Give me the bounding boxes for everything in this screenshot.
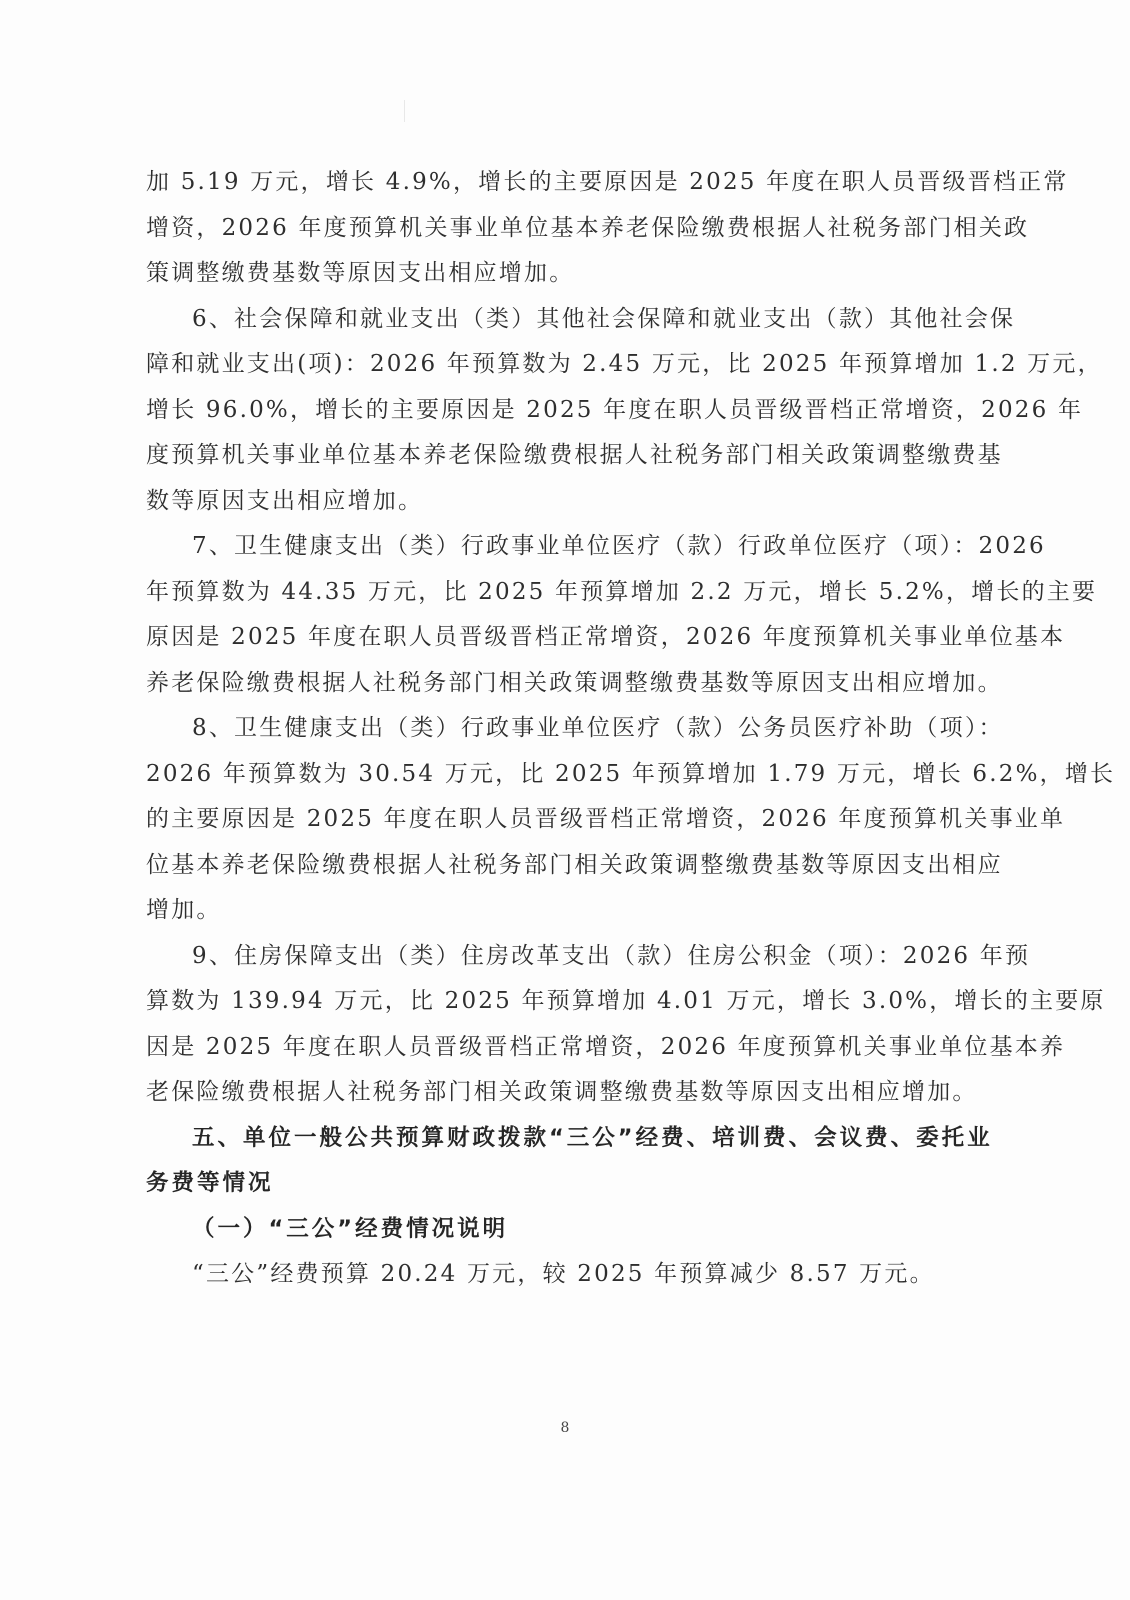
text-line: 算数为 139.94 万元，比 2025 年预算增加 4.01 万元，增长 3.…	[146, 979, 976, 1025]
text-line: 年预算数为 44.35 万元，比 2025 年预算增加 2.2 万元，增长 5.…	[146, 570, 976, 616]
sub-heading-three-public-expenses: （一）“三公”经费情况说明	[146, 1207, 976, 1253]
text-line: 7、卫生健康支出（类）行政事业单位医疗（款）行政单位医疗（项）：2026	[146, 524, 976, 570]
heading-line: 五、单位一般公共预算财政拨款“三公”经费、培训费、会议费、委托业	[146, 1116, 976, 1162]
heading-line: 务费等情况	[146, 1161, 976, 1207]
text-line: 2026 年预算数为 30.54 万元，比 2025 年预算增加 1.79 万元…	[146, 752, 976, 798]
document-body: 加 5.19 万元，增长 4.9%，增长的主要原因是 2025 年度在职人员晋级…	[146, 160, 976, 1298]
paragraph-three-public-summary: “三公”经费预算 20.24 万元，较 2025 年预算减少 8.57 万元。	[146, 1252, 976, 1298]
text-line: 加 5.19 万元，增长 4.9%，增长的主要原因是 2025 年度在职人员晋级…	[146, 160, 976, 206]
text-line: 9、住房保障支出（类）住房改革支出（款）住房公积金（项）：2026 年预	[146, 934, 976, 980]
paragraph-item-8: 8、卫生健康支出（类）行政事业单位医疗（款）公务员医疗补助（项）： 2026 年…	[146, 706, 976, 934]
paragraph-item-6: 6、社会保障和就业支出（类）其他社会保障和就业支出（款）其他社会保 障和就业支出…	[146, 297, 976, 525]
paragraph-item-5-continuation: 加 5.19 万元，增长 4.9%，增长的主要原因是 2025 年度在职人员晋级…	[146, 160, 976, 297]
scan-artifact-line	[404, 100, 405, 122]
text-line: 增长 96.0%，增长的主要原因是 2025 年度在职人员晋级晋档正常增资，20…	[146, 388, 976, 434]
text-line: 增资，2026 年度预算机关事业单位基本养老保险缴费根据人社税务部门相关政	[146, 206, 976, 252]
text-line: 位基本养老保险缴费根据人社税务部门相关政策调整缴费基数等原因支出相应	[146, 843, 976, 889]
text-line: 度预算机关事业单位基本养老保险缴费根据人社税务部门相关政策调整缴费基	[146, 433, 976, 479]
text-line: 原因是 2025 年度在职人员晋级晋档正常增资，2026 年度预算机关事业单位基…	[146, 615, 976, 661]
text-line: 的主要原因是 2025 年度在职人员晋级晋档正常增资，2026 年度预算机关事业…	[146, 797, 976, 843]
text-line: 6、社会保障和就业支出（类）其他社会保障和就业支出（款）其他社会保	[146, 297, 976, 343]
text-line: 数等原因支出相应增加。	[146, 479, 976, 525]
text-line: 老保险缴费根据人社税务部门相关政策调整缴费基数等原因支出相应增加。	[146, 1070, 976, 1116]
text-line: 因是 2025 年度在职人员晋级晋档正常增资，2026 年度预算机关事业单位基本…	[146, 1025, 976, 1071]
text-line: “三公”经费预算 20.24 万元，较 2025 年预算减少 8.57 万元。	[146, 1252, 976, 1298]
paragraph-item-7: 7、卫生健康支出（类）行政事业单位医疗（款）行政单位医疗（项）：2026 年预算…	[146, 524, 976, 706]
document-page: 加 5.19 万元，增长 4.9%，增长的主要原因是 2025 年度在职人员晋级…	[0, 0, 1130, 1600]
paragraph-item-9: 9、住房保障支出（类）住房改革支出（款）住房公积金（项）：2026 年预 算数为…	[146, 934, 976, 1116]
text-line: 增加。	[146, 888, 976, 934]
text-line: 8、卫生健康支出（类）行政事业单位医疗（款）公务员医疗补助（项）：	[146, 706, 976, 752]
text-line: 障和就业支出(项)：2026 年预算数为 2.45 万元，比 2025 年预算增…	[146, 342, 976, 388]
page-number: 8	[0, 1420, 1130, 1436]
text-line: 策调整缴费基数等原因支出相应增加。	[146, 251, 976, 297]
section-heading-5: 五、单位一般公共预算财政拨款“三公”经费、培训费、会议费、委托业 务费等情况	[146, 1116, 976, 1207]
text-line: 养老保险缴费根据人社税务部门相关政策调整缴费基数等原因支出相应增加。	[146, 661, 976, 707]
